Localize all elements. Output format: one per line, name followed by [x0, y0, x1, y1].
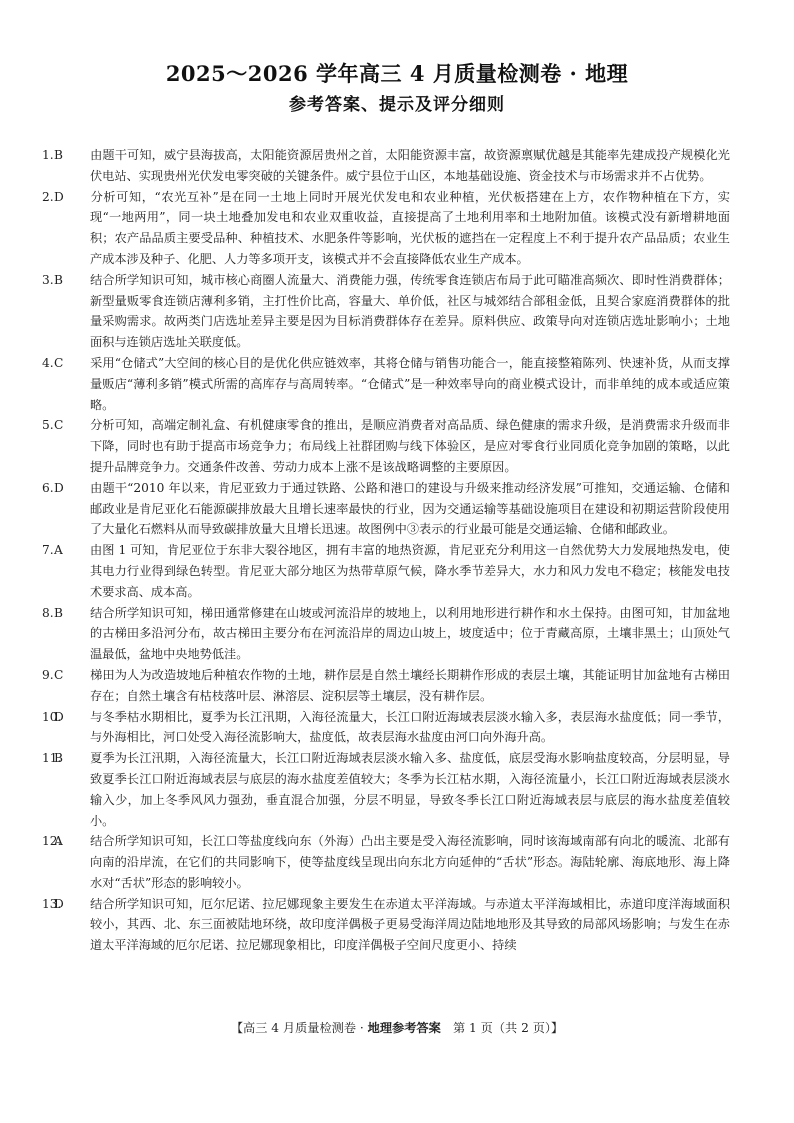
question-number: 5.	[66, 415, 78, 436]
question-number: 6.	[66, 478, 78, 499]
answer-explanation: 夏季为长江汛期，入海径流量大，长江口附近海域表层淡水输入多、盐度低，底层受海水影…	[90, 751, 730, 827]
question-number: 1.	[66, 145, 78, 166]
answer-explanation: 结合所学知识可知，梯田通常修建在山坡或河流沿岸的坡地上，以利用地形进行耕作和水土…	[90, 606, 730, 662]
question-number: 12.	[66, 831, 78, 852]
question-number: 11.	[66, 748, 78, 769]
question-number: 9.	[66, 665, 78, 686]
question-number: 3.	[66, 270, 78, 291]
answer-item-3: 3.B结合所学知识可知，城市核心商圈人流量大、消费能力强，传统零食连锁店布局于此…	[66, 270, 730, 353]
answer-explanation: 由题干可知，威宁县海拔高，太阳能资源居贵州之首，太阳能资源丰富，故资源禀赋优越是…	[90, 148, 730, 183]
question-number: 8.	[66, 603, 78, 624]
answer-item-11: 11.B夏季为长江汛期，入海径流量大，长江口附近海域表层淡水输入多、盐度低，底层…	[66, 748, 730, 831]
answer-explanation: 梯田为人为改造坡地后种植农作物的土地，耕作层是自然土壤经长期耕作形成的表层土壤，…	[90, 668, 730, 703]
answer-explanation: 与冬季枯水期相比，夏季为长江汛期，入海径流量大，长江口附近海域表层淡水输入多，表…	[90, 710, 730, 745]
footer-page-number: 第 1 页（共 2 页）】	[441, 1021, 563, 1035]
answer-item-4: 4.C采用“仓储式”大空间的核心目的是优化供应链效率，其将仓储与销售功能合一，能…	[66, 353, 730, 415]
answer-list: 1.B由题干可知，威宁县海拔高，太阳能资源居贵州之首，太阳能资源丰富，故资源禀赋…	[66, 145, 730, 956]
answer-item-12: 12.A结合所学知识可知，长江口等盐度线向东（外海）凸出主要是受入海径流影响，同…	[66, 831, 730, 893]
question-number: 7.	[66, 540, 78, 561]
question-number: 10.	[66, 707, 78, 728]
page-title: 2025～2026 学年高三 4 月质量检测卷 · 地理	[0, 58, 794, 88]
answer-explanation: 结合所学知识可知，厄尔尼诺、拉尼娜现象主要发生在赤道太平洋海域。与赤道太平洋海域…	[90, 897, 730, 953]
page-footer: 【高三 4 月质量检测卷 · 地理参考答案 第 1 页（共 2 页）】	[0, 1019, 794, 1036]
answer-item-7: 7.A由图 1 可知，肯尼亚位于东非大裂谷地区，拥有丰富的地热资源，肯尼亚充分利…	[66, 540, 730, 602]
answer-item-6: 6.D由题干“2010 年以来，肯尼亚致力于通过铁路、公路和港口的建设与升级来推…	[66, 478, 730, 540]
answer-explanation: 采用“仓储式”大空间的核心目的是优化供应链效率，其将仓储与销售功能合一，能直接整…	[90, 356, 730, 412]
answer-item-13: 13.D结合所学知识可知，厄尔尼诺、拉尼娜现象主要发生在赤道太平洋海域。与赤道太…	[66, 894, 730, 956]
answer-explanation: 由图 1 可知，肯尼亚位于东非大裂谷地区，拥有丰富的地热资源，肯尼亚充分利用这一…	[90, 543, 730, 599]
question-number: 4.	[66, 353, 78, 374]
answer-explanation: 结合所学知识可知，长江口等盐度线向东（外海）凸出主要是受入海径流影响，同时该海域…	[90, 834, 730, 890]
answer-item-5: 5.C分析可知，高端定制礼盒、有机健康零食的推出，是顺应消费者对高品质、绿色健康…	[66, 415, 730, 477]
answer-explanation: 分析可知，“农光互补”是在同一土地上同时开展光伏发电和农业种植，光伏板搭建在上方…	[90, 190, 730, 266]
page-subtitle: 参考答案、提示及评分细则	[0, 90, 794, 115]
answer-item-1: 1.B由题干可知，威宁县海拔高，太阳能资源居贵州之首，太阳能资源丰富，故资源禀赋…	[66, 145, 730, 187]
answer-explanation: 分析可知，高端定制礼盒、有机健康零食的推出，是顺应消费者对高品质、绿色健康的需求…	[90, 418, 730, 474]
answer-item-10: 10.D与冬季枯水期相比，夏季为长江汛期，入海径流量大，长江口附近海域表层淡水输…	[66, 707, 730, 749]
answer-explanation: 由题干“2010 年以来，肯尼亚致力于通过铁路、公路和港口的建设与升级来推动经济…	[90, 481, 730, 537]
question-number: 13.	[66, 894, 78, 915]
answer-item-8: 8.B结合所学知识可知，梯田通常修建在山坡或河流沿岸的坡地上，以利用地形进行耕作…	[66, 603, 730, 665]
footer-bold: 地理参考答案	[368, 1021, 441, 1035]
answer-sheet-page: 2025～2026 学年高三 4 月质量检测卷 · 地理 参考答案、提示及评分细…	[0, 0, 794, 1123]
answer-item-9: 9.C梯田为人为改造坡地后种植农作物的土地，耕作层是自然土壤经长期耕作形成的表层…	[66, 665, 730, 707]
answer-item-2: 2.D分析可知，“农光互补”是在同一土地上同时开展光伏发电和农业种植，光伏板搭建…	[66, 187, 730, 270]
answer-explanation: 结合所学知识可知，城市核心商圈人流量大、消费能力强，传统零食连锁店布局于此可瞄准…	[90, 273, 730, 349]
footer-left: 【高三 4 月质量检测卷 ·	[231, 1021, 368, 1035]
question-number: 2.	[66, 187, 78, 208]
